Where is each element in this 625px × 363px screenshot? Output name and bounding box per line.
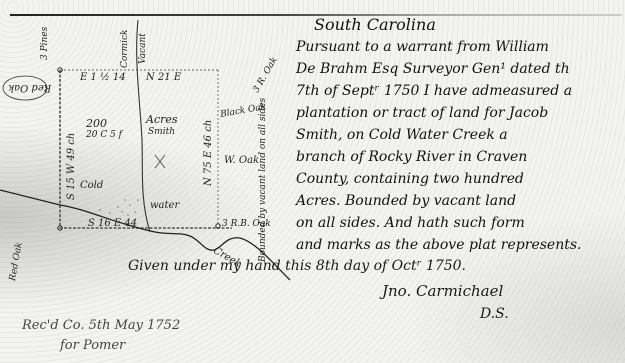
plat-east-tree-2: W. Oak (224, 155, 259, 166)
plat-top-branch-note: Cormick (120, 29, 130, 68)
text-line: branch of Rocky River in Craven (296, 146, 625, 168)
plat-diagram: E 1 ½ 14 N 21 E Red Oak 200 20 C 5 f Acr… (0, 0, 300, 300)
text-line: and marks as the above plat represents. (296, 234, 625, 256)
plat-creek-label-cold: Cold (80, 180, 103, 191)
plat-south-bearing: S 16 E 44 (88, 218, 137, 229)
text-line: plantation or tract of land for Jacob (296, 102, 625, 124)
text-line: Smith, on Cold Water Creek a (296, 124, 625, 146)
plat-acres-label: Acres (146, 113, 178, 126)
plat-west-bearing: S 15 W 49 ch (66, 133, 77, 200)
plat-nw-corner: 3 Pines (40, 27, 50, 60)
heading-province: South Carolina (314, 14, 625, 36)
plat-acreage: 200 (86, 117, 107, 130)
plat-acreage-sub: 20 C 5 f (86, 130, 122, 140)
surveyor-signature: Jno. Carmichael (382, 282, 503, 300)
plat-north-right-bearing: N 21 E (146, 72, 181, 83)
plat-creek-label-water: water (150, 200, 179, 211)
text-line: County, containing two hundred (296, 168, 625, 190)
plat-outer-red-oak: Red Oak (8, 82, 51, 93)
text-line: Pursuant to a warrant from William (296, 36, 625, 58)
text-line: 7th of Septʳ 1750 I have admeasured a (296, 80, 625, 102)
plat-top-vacant-note: Vacant (138, 33, 148, 64)
text-line: on all sides. And hath such form (296, 212, 625, 234)
plat-north-left-bearing: E 1 ½ 14 (80, 72, 126, 83)
plat-owner-label: Smith (148, 127, 175, 137)
plat-bounded-note: Bounded by vacant land on all sides (258, 98, 268, 262)
text-line: De Brahm Esq Surveyor Gen¹ dated th (296, 58, 625, 80)
text-line: Acres. Bounded by vacant land (296, 190, 625, 212)
signature-title: D.S. (480, 306, 509, 322)
margin-note-received: Rec'd Co. 5th May 1752 (22, 318, 180, 333)
given-under-hand-line: Given under my hand this 8th day of Octʳ… (128, 258, 466, 274)
certificate-text: South Carolina Pursuant to a warrant fro… (296, 14, 625, 256)
plat-east-bearing: N 75 E 46 ch (203, 120, 214, 186)
margin-note-for: for Pomer (60, 338, 125, 353)
